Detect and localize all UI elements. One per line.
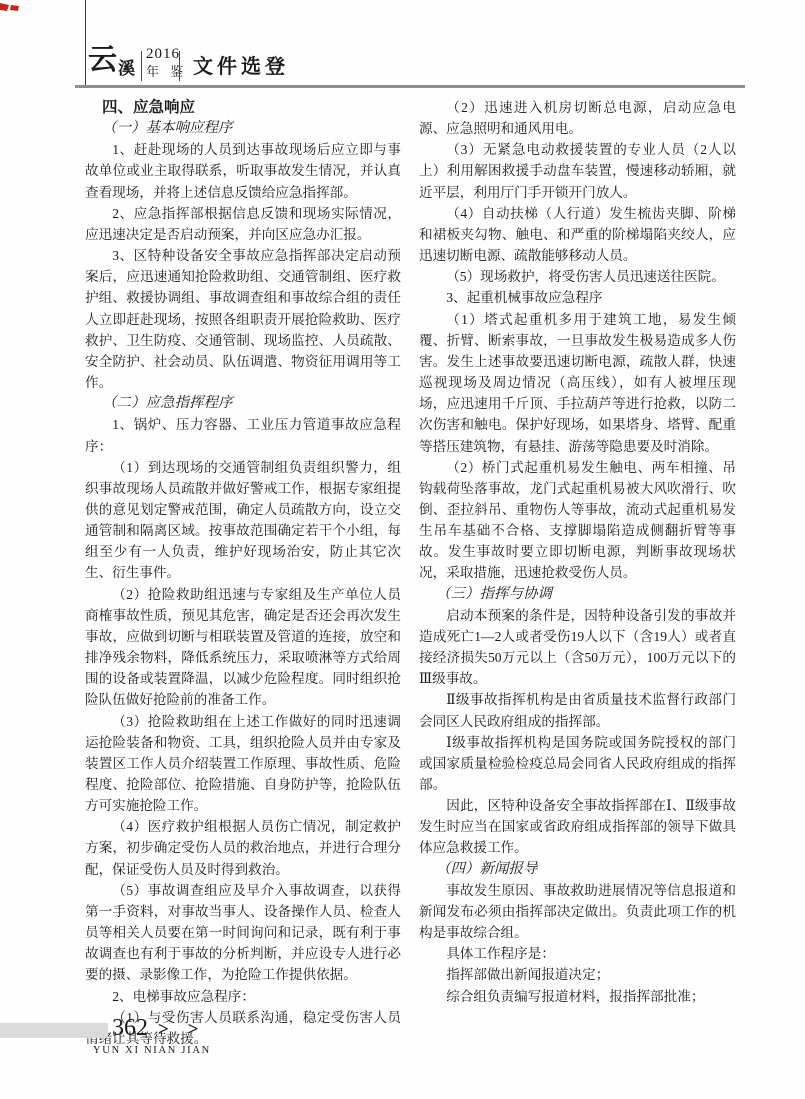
body-paragraph: （5）事故调查组应及早介入事故调查，以获得第一手资料，对事故当事人、设备操作人员… — [85, 880, 401, 986]
body-paragraph: 1、赶赴现场的人员到达事故现场后应立即与事故单位或业主取得联系，听取事故发生情况… — [85, 139, 401, 202]
red-corner-print-mark — [0, 2, 20, 12]
body-paragraph: （3）抢险救助组在上述工作做好的同时迅速调运抢险装备和物资、工具，组织抢险人员并… — [85, 711, 401, 817]
body-paragraph: 启动本预案的条件是，因特种设备引发的事故并造成死亡1—2人或者受伤19人以下（含… — [419, 605, 736, 690]
body-paragraph: 综合组负责编写报道材料，报指挥部批准； — [419, 986, 736, 1007]
body-paragraph: （1）塔式起重机多用于建筑工地，易发生倾覆、折臂、断索事故，一旦事故发生极易造成… — [419, 309, 736, 457]
page-number-arrows-icon: > > — [158, 1019, 205, 1042]
yearbook-year: 2016 — [146, 47, 180, 62]
brand-character-small: 溪 — [118, 60, 135, 77]
body-paragraph: 2、应急指挥部根据信息反馈和现场实际情况，应迅速决定是否启动预案，并向区应急办汇… — [85, 203, 401, 245]
header-left-rule — [85, 0, 86, 86]
subsection-heading: （四）新闻报导 — [419, 859, 736, 880]
brand-character-large: 云 — [88, 46, 117, 75]
body-paragraph: 具体工作程序是： — [419, 943, 736, 964]
body-paragraph: （2）迅速进入机房切断总电源，启动应急电源、应急照明和通风用电。 — [419, 97, 736, 139]
subsection-heading: （三）指挥与协调 — [419, 584, 736, 605]
header-bottom-rule — [75, 85, 745, 88]
body-paragraph: （4）医疗救护组根据人员伤亡情况，制定救护方案，初步确定受伤人员的救治地点，并进… — [85, 816, 401, 879]
yearbook-label: 年 鉴 — [146, 65, 187, 78]
header-divider — [179, 51, 180, 81]
body-paragraph: （4）自动扶梯（人行道）发生梳齿夹脚、阶梯和裙板夹勾物、触电、和严重的阶梯塌陷夹… — [419, 203, 736, 266]
body-paragraph: Ⅱ级事故指挥机构是由省质量技术监督行政部门会同区人民政府组成的指挥部。 — [419, 689, 736, 731]
body-paragraph: （2）桥门式起重机易发生触电、两车相撞、吊钩载荷坠落事故，龙门式起重机易被大风吹… — [419, 457, 736, 584]
section-heading: 四、应急响应 — [85, 97, 401, 118]
body-paragraph: Ⅰ级事故指挥机构是国务院或国务院授权的部门或国家质量检验检疫总局会同省人民政府组… — [419, 732, 736, 795]
subsection-heading: （一）基本响应程序 — [85, 118, 401, 139]
subsection-heading: （二）应急指挥程序 — [85, 393, 401, 414]
section-title: 文件选登 — [193, 57, 289, 77]
left-text-column: 四、应急响应（一）基本响应程序1、赶赴现场的人员到达事故现场后应立即与事故单位或… — [85, 97, 401, 1049]
body-paragraph: （1）到达现场的交通管制组负责组织警力，组织事故现场人员疏散并做好警戒工作，根据… — [85, 457, 401, 584]
right-text-column: （2）迅速进入机房切断总电源，启动应急电源、应急照明和通风用电。（3）无紧急电动… — [419, 97, 736, 1007]
body-paragraph: 事故发生原因、事故救助进展情况等信息报道和新闻发布必须由指挥部决定做出。负责此项… — [419, 880, 736, 943]
body-paragraph: （3）无紧急电动救援装置的专业人员（2人以上）利用解困救援手动盘车装置，慢速移动… — [419, 139, 736, 202]
body-paragraph: 指挥部做出新闻报道决定； — [419, 964, 736, 985]
body-paragraph: 1、锅炉、压力容器、工业压力管道事故应急程序： — [85, 414, 401, 456]
body-paragraph: 因此，区特种设备安全事故指挥部在Ⅰ、Ⅱ级事故发生时应当在国家或省政府组成指挥部的… — [419, 795, 736, 858]
body-paragraph: （5）现场救护，将受伤害人员迅速送往医院。 — [419, 266, 736, 287]
body-paragraph: 2、电梯事故应急程序： — [85, 986, 401, 1007]
body-paragraph: 3、区特种设备安全事故应急指挥部决定启动预案后，应迅速通知抢险救助组、交通管制组… — [85, 245, 401, 393]
footer-gray-bar — [0, 1023, 108, 1038]
romanized-yearbook-title: YUN XI NIAN JIAN — [93, 1045, 211, 1056]
body-paragraph: （2）抢险救助组迅速与专家组及生产单位人员商榷事故性质，预见其危害，确定是否还会… — [85, 584, 401, 711]
yearbook-page: 云 溪 2016 年 鉴 文件选登 四、应急响应（一）基本响应程序1、赶赴现场的… — [0, 0, 805, 1099]
footer-page-line: 362 > > — [112, 1014, 205, 1043]
body-paragraph: 3、起重机械事故应急程序 — [419, 287, 736, 308]
header-divider — [141, 51, 142, 81]
page-number: 362 — [112, 1014, 148, 1043]
